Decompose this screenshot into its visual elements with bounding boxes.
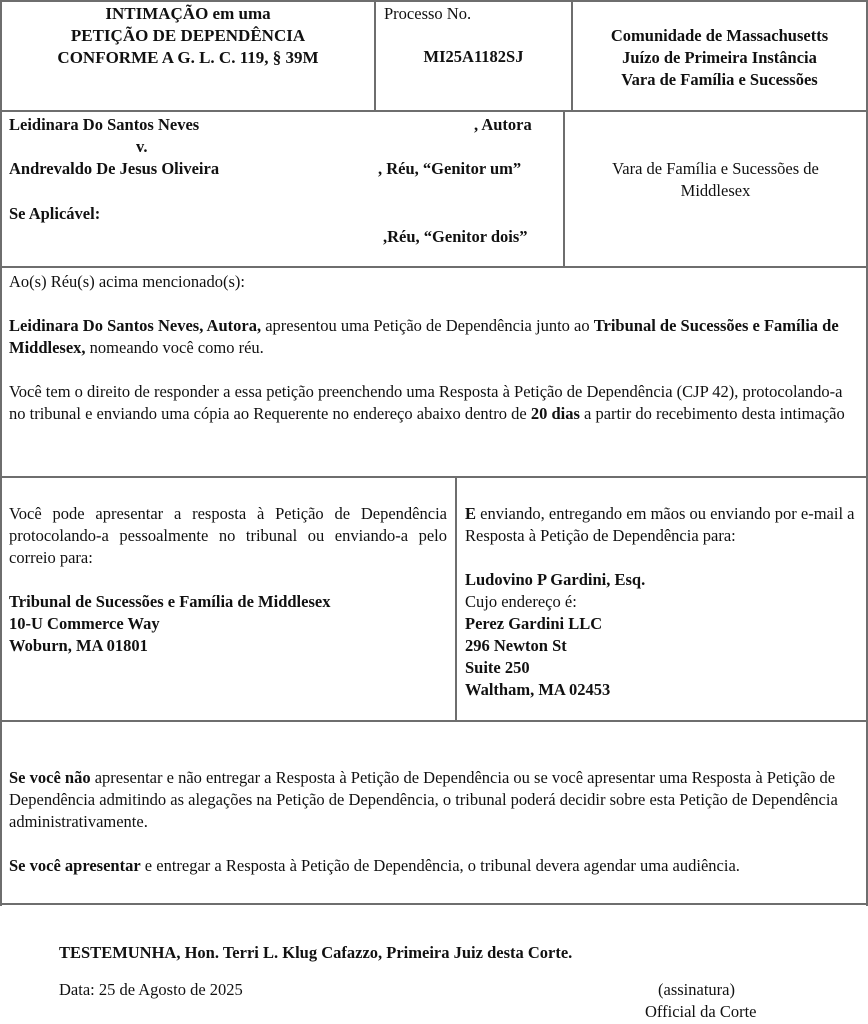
if-applicable-label: Se Aplicável: [9, 203, 100, 225]
case-number: MI25A1182SJ [376, 46, 571, 68]
court-address: Tribunal de Sucessões e Família de Middl… [9, 591, 330, 657]
divider-row-4 [0, 720, 868, 722]
divider-row-3 [0, 476, 868, 478]
deadline: 20 dias [531, 404, 580, 423]
border-left-top [0, 0, 2, 477]
court-address-line-1: Tribunal de Sucessões e Família de Middl… [9, 591, 330, 613]
case-label: Processo No. [384, 3, 471, 25]
salutation: Ao(s) Réu(s) acima mencionado(s): [9, 271, 245, 293]
right-intro-bold: E [465, 504, 476, 523]
versus: v. [136, 136, 147, 158]
signature-label: (assinatura) [658, 979, 735, 1001]
address-label: Cujo endereço é: [465, 591, 645, 613]
divider-row-2 [0, 266, 868, 268]
court-line-1: Comunidade de Massachusetts [573, 25, 866, 47]
border-left-mid [0, 476, 2, 906]
divider-row-1 [0, 110, 868, 112]
document-title: INTIMAÇÃO em uma PETIÇÃO DE DEPENDÊNCIA … [2, 3, 374, 69]
title-line-1: INTIMAÇÃO em uma [2, 3, 374, 25]
title-line-3: CONFORME A G. L. C. 119, § 39M [2, 47, 374, 69]
court-address-line-3: Woburn, MA 01801 [9, 635, 330, 657]
warning-paragraph-1: Se você não apresentar e não entregar a … [9, 767, 861, 833]
division-name: Vara de Família e Sucessões de Middlesex [565, 158, 866, 202]
plaintiff-name: Leidinara Do Santos Neves [9, 114, 199, 136]
right-intro-text: enviando, entregando em mãos ou enviando… [465, 504, 854, 545]
defendant-role: , Réu, “Genitor um” [378, 158, 521, 180]
filing-intro-left: Você pode apresentar a resposta à Petiçã… [9, 503, 447, 569]
court-line-2: Juízo de Primeira Instância [573, 47, 866, 69]
attorney-address-line-1: Perez Gardini LLC [465, 613, 645, 635]
warning-paragraph-2: Se você apresentar e entregar a Resposta… [9, 855, 865, 877]
attorney-address-line-4: Waltham, MA 02453 [465, 679, 645, 701]
witness-line: TESTEMUNHA, Hon. Terri L. Klug Cafazzo, … [59, 942, 572, 964]
border-bottom [0, 903, 868, 905]
border-top [0, 0, 868, 2]
p1-text-2: nomeando você como réu. [86, 338, 264, 357]
court-official-label: Official da Corte [645, 1001, 757, 1023]
warning-2-text: e entregar a Resposta à Petição de Depen… [141, 856, 740, 875]
court-line-3: Vara de Família e Sucessões [573, 69, 866, 91]
division-line-2: Middlesex [565, 180, 866, 202]
defendant-name: Andrevaldo De Jesus Oliveira [9, 158, 219, 180]
warning-1-text: apresentar e não entregar a Resposta à P… [9, 768, 838, 831]
filing-intro-right: E enviando, entregando em mãos ou envian… [465, 503, 861, 547]
warning-2-bold: Se você apresentar [9, 856, 141, 875]
attorney-address-line-2: 296 Newton St [465, 635, 645, 657]
division-line-1: Vara de Família e Sucessões de [565, 158, 866, 180]
plaintiff-ref: Leidinara Do Santos Neves, Autora, [9, 316, 261, 335]
plaintiff-role: , Autora [474, 114, 532, 136]
notice-paragraph-2: Você tem o direito de responder a essa p… [9, 381, 861, 425]
attorney-address-line-3: Suite 250 [465, 657, 645, 679]
court-name: Comunidade de Massachusetts Juízo de Pri… [573, 25, 866, 91]
defendant2-role: ,Réu, “Genitor dois” [383, 226, 528, 248]
p2-text-2: a partir do recebimento desta intimação [580, 404, 845, 423]
attorney-name: Ludovino P Gardini, Esq. [465, 569, 645, 591]
attorney-block: Ludovino P Gardini, Esq. Cujo endereço é… [465, 569, 645, 701]
date-line: Data: 25 de Agosto de 2025 [59, 979, 243, 1001]
title-line-2: PETIÇÃO DE DEPENDÊNCIA [2, 25, 374, 47]
court-address-line-2: 10-U Commerce Way [9, 613, 330, 635]
notice-paragraph-1: Leidinara Do Santos Neves, Autora, apres… [9, 315, 861, 359]
p1-text-1: apresentou uma Petição de Dependência ju… [261, 316, 594, 335]
divider-addresses [455, 476, 457, 722]
warning-1-bold: Se você não [9, 768, 91, 787]
